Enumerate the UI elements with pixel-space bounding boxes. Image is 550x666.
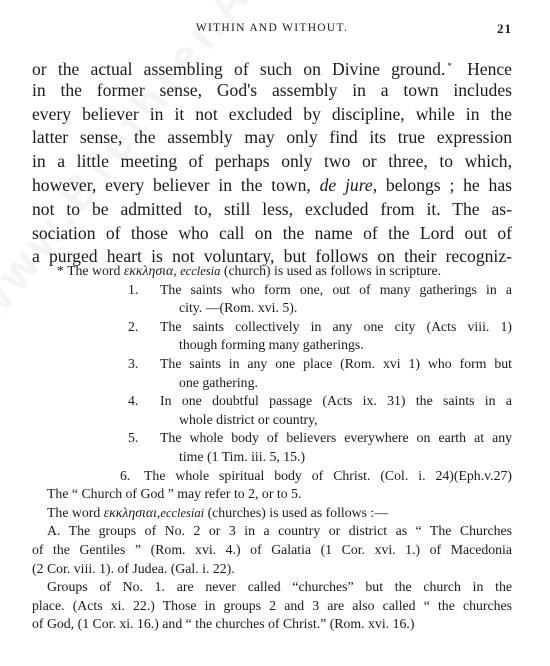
body-line-7: not to be admitted to, still less, exclu… — [32, 198, 512, 222]
footnote-item-2: 2.The saints collectively in any one cit… — [32, 318, 512, 337]
footnote-item-5: 5.The whole body of believers everywhere… — [32, 429, 512, 448]
footnote-marker[interactable]: * — [447, 61, 452, 71]
footnote-intro: * The word εκκλησια, ecclesia (church) i… — [32, 262, 512, 281]
body-line-4: latter sense, the assembly may only find… — [32, 126, 512, 150]
plural-word-note: The word εκκλησιαι,ecclesiai (churches) … — [32, 504, 512, 523]
footnote-item-3: 3.The saints in any one place (Rom. xvi … — [32, 355, 512, 374]
running-header: WITHIN AND WITHOUT. 21 — [32, 21, 512, 39]
footnote-item-2-cont: though forming many gatherings. — [32, 336, 512, 355]
body-line-5: in a little meeting of perhaps only two … — [32, 150, 512, 174]
groups-line-1: Groups of No. 1. are never called “churc… — [32, 578, 512, 597]
footnote-item-5-cont: time (1 Tim. iii. 5, 15.) — [32, 448, 512, 467]
greek-word-plural: εκκλησιαι, — [104, 505, 161, 520]
footnote-item-4: 4.In one doubtful passage (Acts ix. 31) … — [32, 392, 512, 411]
groups-line-3: of God, (1 Cor. xi. 16.) and “ the churc… — [32, 615, 512, 634]
footnote-item-1-cont: city. —(Rom. xvi. 5). — [32, 299, 512, 318]
book-page: www.BrethrenArchive.org WITHIN AND WITHO… — [0, 0, 550, 666]
groups-line-2: place. (Acts xi. 22.) Those in groups 2 … — [32, 597, 512, 616]
body-line-1: or the actual assembling of such on Divi… — [32, 55, 512, 79]
church-of-god-note: The “ Church of God ” may refer to 2, or… — [32, 485, 512, 504]
footnote-item-4-cont: whole district or country, — [32, 411, 512, 430]
running-title: WITHIN AND WITHOUT. — [32, 22, 512, 34]
latin-word-plural: ecclesiai — [160, 506, 204, 520]
greek-word: εκκλησια, — [124, 263, 177, 278]
main-paragraph: or the actual assembling of such on Divi… — [32, 55, 512, 269]
body-line-8: sociation of those who call on the name … — [32, 222, 512, 246]
body-line-3: every believer in it not excluded by dis… — [32, 103, 512, 127]
para-a-line-1: A. The groups of No. 2 or 3 in a country… — [32, 522, 512, 541]
latin-word: ecclesia — [180, 264, 220, 278]
para-a-line-3: (2 Cor. viii. 1). of Judea. (Gal. i. 22)… — [32, 560, 512, 579]
body-line-2: in the former sense, God's assembly in a… — [32, 79, 512, 103]
footnote-item-1: 1.The saints who form one, out of many g… — [32, 281, 512, 300]
footnote: * The word εκκλησια, ecclesia (church) i… — [32, 262, 512, 634]
footnote-item-3-cont: one gathering. — [32, 374, 512, 393]
italic-phrase: de jure, — [320, 175, 378, 195]
para-a-line-2: of the Gentiles ” (Rom. xvi. 4.) of Gala… — [32, 541, 512, 560]
page-number: 21 — [497, 21, 512, 37]
body-line-6: however, every believer in the town, de … — [32, 174, 512, 198]
footnote-item-6: 6.The whole spiritual body of Christ. (C… — [32, 467, 512, 486]
